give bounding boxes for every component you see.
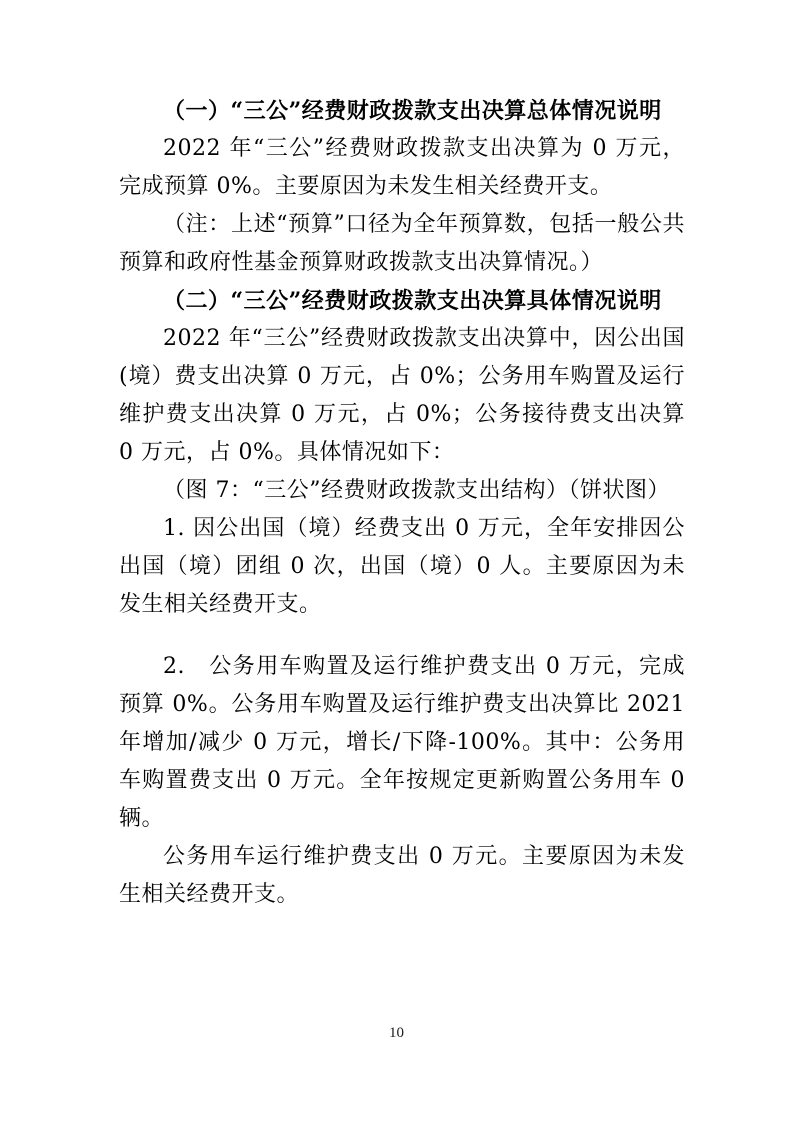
paragraph-item-1-overseas-travel: 1. 因公出国（境）经费支出 0 万元，全年安排因公出国（境）团组 0 次，出国… [119, 510, 685, 624]
document-body: （一）“三公”经费财政拨款支出决算总体情况说明 2022 年“三公”经费财政拨款… [119, 92, 685, 914]
page-footer: 10 [0, 1022, 793, 1042]
paragraph-item-2-official-vehicles: 2. 公务用车购置及运行维护费支出 0 万元，完成预算 0%。公务用车购置及运行… [119, 648, 685, 838]
figure-7-caption: （图 7：“三公”经费财政拨款支出结构）（饼状图） [119, 472, 685, 510]
page-number: 10 [389, 1025, 404, 1041]
section-heading-2: （二）“三公”经费财政拨款支出决算具体情况说明 [119, 282, 685, 320]
paragraph-detail-overview: 2022 年“三公”经费财政拨款支出决算中，因公出国(境）费支出决算 0 万元，… [119, 320, 685, 472]
section-heading-1: （一）“三公”经费财政拨款支出决算总体情况说明 [119, 92, 685, 130]
paragraph-vehicle-maintenance: 公务用车运行维护费支出 0 万元。主要原因为未发生相关经费开支。 [119, 838, 685, 914]
paragraph-total-overview: 2022 年“三公”经费财政拨款支出决算为 0 万元，完成预算 0%。主要原因为… [119, 130, 685, 206]
document-page: （一）“三公”经费财政拨款支出决算总体情况说明 2022 年“三公”经费财政拨款… [0, 0, 793, 1122]
paragraph-budget-note: （注：上述“预算”口径为全年预算数，包括一般公共预算和政府性基金预算财政拨款支出… [119, 206, 685, 282]
